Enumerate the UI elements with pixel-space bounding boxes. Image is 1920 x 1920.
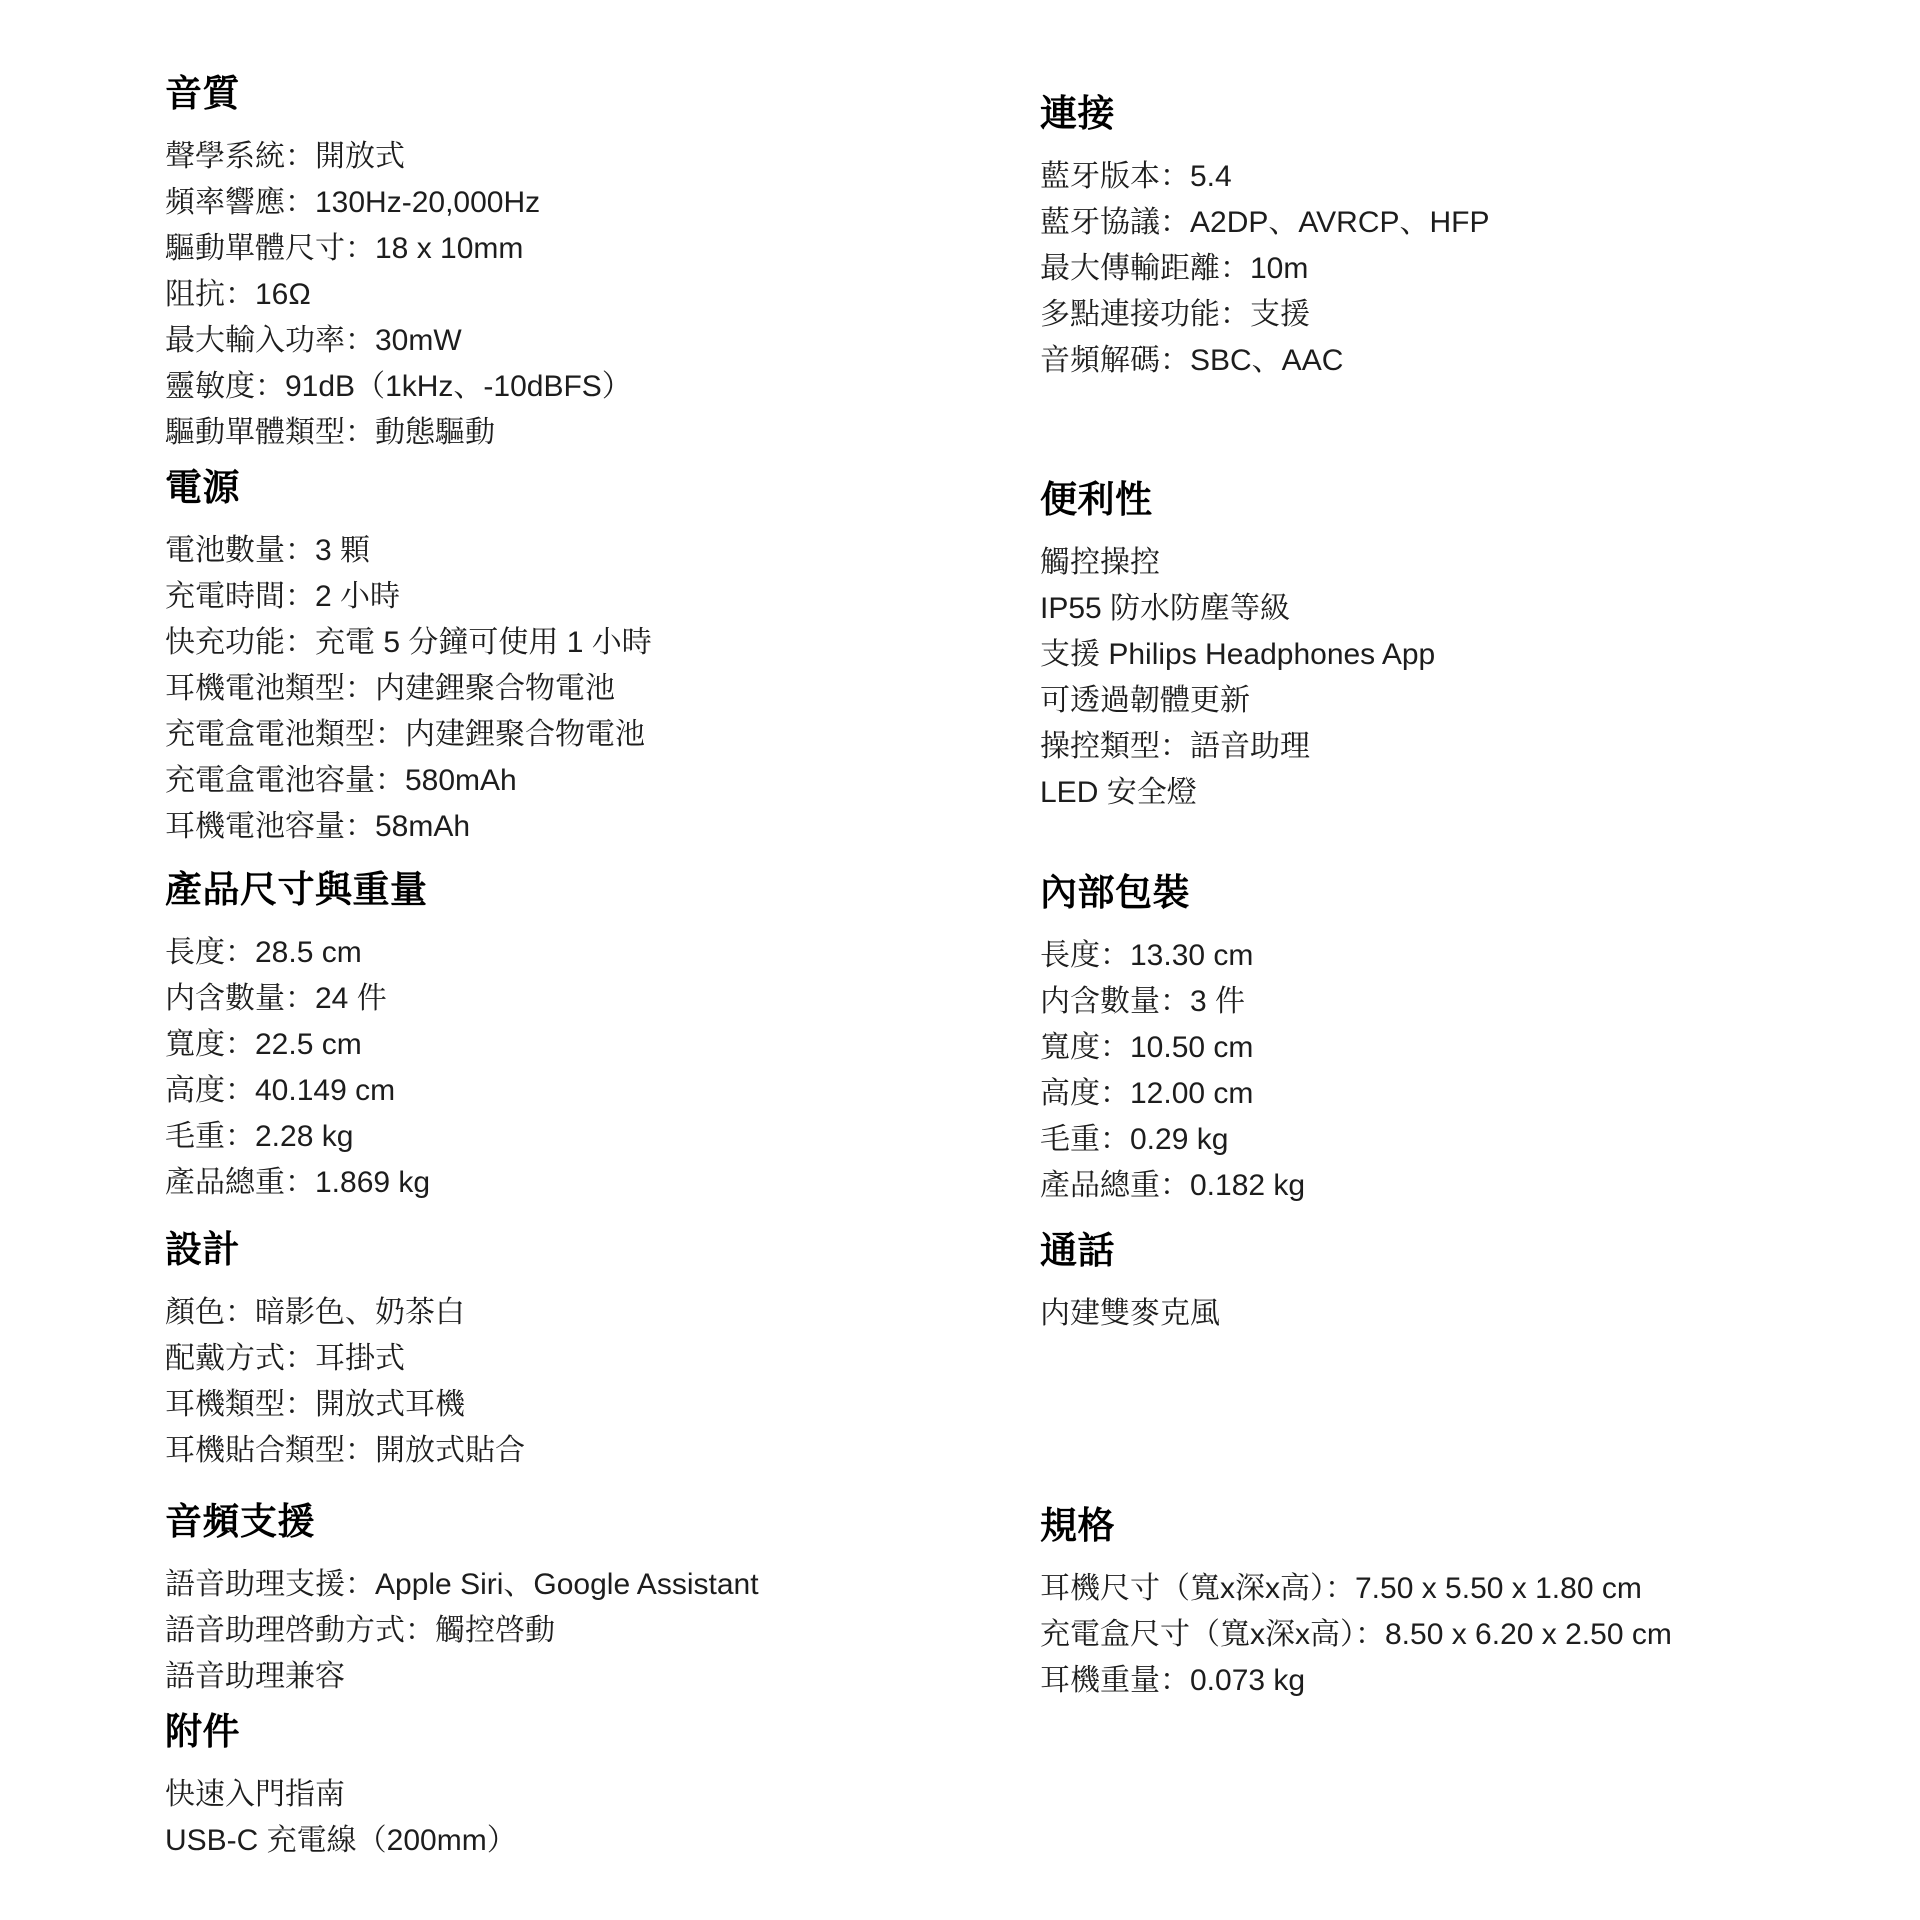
spec-line-quick-start-guide: 快速入門指南: [165, 1772, 905, 1818]
spec-line-frequency-response: 頻率響應：130Hz-20,000Hz: [165, 180, 905, 226]
section-lines: 觸控操控 IP55 防水防塵等級 支援 Philips Headphones A…: [1040, 540, 1860, 816]
spec-line-bluetooth-version: 藍牙版本：5.4: [1040, 154, 1860, 200]
section-lines: 藍牙版本：5.4 藍牙協議：A2DP、AVRCP、HFP 最大傳輸距離：10m …: [1040, 154, 1860, 384]
section-lines: 長度：13.30 cm 内含數量：3 件 寬度：10.50 cm 高度：12.0…: [1040, 933, 1860, 1209]
spec-line-control-type: 操控類型：語音助理: [1040, 724, 1860, 770]
section-accessories: 附件 快速入門指南 USB-C 充電線（200mm）: [165, 1710, 905, 1864]
section-design: 設計 顏色：暗影色、奶茶白 配戴方式：耳掛式 耳機類型：開放式耳機 耳機貼合類型…: [165, 1228, 905, 1474]
spec-line-width: 寬度：22.5 cm: [165, 1022, 905, 1068]
spec-line-fit-type: 耳機貼合類型：開放式貼合: [165, 1428, 905, 1474]
spec-line-earbud-weight: 耳機重量：0.073 kg: [1040, 1658, 1860, 1704]
section-convenience: 便利性 觸控操控 IP55 防水防塵等級 支援 Philips Headphon…: [1040, 478, 1860, 816]
spec-line-quick-charge: 快充功能：充電 5 分鐘可使用 1 小時: [165, 620, 905, 666]
spec-line-touch-control: 觸控操控: [1040, 540, 1860, 586]
spec-line-voice-assistant-support: 語音助理支援：Apple Siri、Google Assistant: [165, 1562, 905, 1608]
spec-line-usbc-cable: USB-C 充電線（200mm）: [165, 1818, 905, 1864]
section-lines: 長度：28.5 cm 内含數量：24 件 寬度：22.5 cm 高度：40.14…: [165, 930, 905, 1206]
spec-line-driver-type: 驅動單體類型：動態驅動: [165, 410, 905, 456]
spec-line-case-battery-capacity: 充電盒電池容量：580mAh: [165, 758, 905, 804]
spec-line-case-battery-type: 充電盒電池類型：内建鋰聚合物電池: [165, 712, 905, 758]
spec-line-pack-width: 寬度：10.50 cm: [1040, 1025, 1860, 1071]
spec-line-impedance: 阻抗：16Ω: [165, 272, 905, 318]
section-lines: 内建雙麥克風: [1040, 1291, 1860, 1337]
section-lines: 顏色：暗影色、奶茶白 配戴方式：耳掛式 耳機類型：開放式耳機 耳機貼合類型：開放…: [165, 1290, 905, 1474]
spec-line-earbud-battery-type: 耳機電池類型：内建鋰聚合物電池: [165, 666, 905, 712]
spec-line-pack-total-weight: 產品總重：0.182 kg: [1040, 1163, 1860, 1209]
spec-line-max-range: 最大傳輸距離：10m: [1040, 246, 1860, 292]
section-heading-calls: 通話: [1040, 1229, 1860, 1273]
spec-line-audio-codec: 音頻解碼：SBC、AAC: [1040, 338, 1860, 384]
spec-line-driver-size: 驅動單體尺寸：18 x 10mm: [165, 226, 905, 272]
section-heading-design: 設計: [165, 1228, 905, 1272]
section-lines: 語音助理支援：Apple Siri、Google Assistant 語音助理啓…: [165, 1562, 905, 1700]
spec-line-battery-count: 電池數量：3 顆: [165, 528, 905, 574]
spec-line-pack-gross-weight: 毛重：0.29 kg: [1040, 1117, 1860, 1163]
section-heading-dimensions-weight: 產品尺寸與重量: [165, 868, 905, 912]
spec-line-sensitivity: 靈敏度：91dB（1kHz、-10dBFS）: [165, 364, 905, 410]
spec-line-pack-length: 長度：13.30 cm: [1040, 933, 1860, 979]
spec-line-bluetooth-profiles: 藍牙協議：A2DP、AVRCP、HFP: [1040, 200, 1860, 246]
spec-line-earbud-dimensions: 耳機尺寸（寬x深x高）：7.50 x 5.50 x 1.80 cm: [1040, 1566, 1860, 1612]
section-lines: 聲學系統：開放式 頻率響應：130Hz-20,000Hz 驅動單體尺寸：18 x…: [165, 134, 905, 456]
section-audio-quality: 音質 聲學系統：開放式 頻率響應：130Hz-20,000Hz 驅動單體尺寸：1…: [165, 72, 905, 456]
spec-line-charge-time: 充電時間：2 小時: [165, 574, 905, 620]
spec-line-app-support: 支援 Philips Headphones App: [1040, 632, 1860, 678]
section-heading-inner-packaging: 內部包裝: [1040, 871, 1860, 915]
section-heading-convenience: 便利性: [1040, 478, 1860, 522]
section-lines: 電池數量：3 顆 充電時間：2 小時 快充功能：充電 5 分鐘可使用 1 小時 …: [165, 528, 905, 850]
left-column: 音質 聲學系統：開放式 頻率響應：130Hz-20,000Hz 驅動單體尺寸：1…: [165, 0, 905, 1864]
spec-line-voice-assistant-compatible: 語音助理兼容: [165, 1654, 905, 1700]
section-calls: 通話 内建雙麥克風: [1040, 1229, 1860, 1337]
spec-line-height: 高度：40.149 cm: [165, 1068, 905, 1114]
spec-line-acoustic-system: 聲學系統：開放式: [165, 134, 905, 180]
section-heading-power: 電源: [165, 466, 905, 510]
section-power: 電源 電池數量：3 顆 充電時間：2 小時 快充功能：充電 5 分鐘可使用 1 …: [165, 466, 905, 850]
spec-line-included-count: 内含數量：24 件: [165, 976, 905, 1022]
spec-line-ip-rating: IP55 防水防塵等級: [1040, 586, 1860, 632]
spec-line-max-input-power: 最大輸入功率：30mW: [165, 318, 905, 364]
spec-line-pack-included-count: 内含數量：3 件: [1040, 979, 1860, 1025]
section-heading-specifications: 規格: [1040, 1504, 1860, 1548]
section-heading-accessories: 附件: [165, 1710, 905, 1754]
spec-line-earbud-battery-capacity: 耳機電池容量：58mAh: [165, 804, 905, 850]
spec-line-dual-microphones: 内建雙麥克風: [1040, 1291, 1860, 1337]
spec-line-firmware-update: 可透過韌體更新: [1040, 678, 1860, 724]
spec-line-led-safety-light: LED 安全燈: [1040, 770, 1860, 816]
spec-line-color: 顏色：暗影色、奶茶白: [165, 1290, 905, 1336]
section-lines: 快速入門指南 USB-C 充電線（200mm）: [165, 1772, 905, 1864]
spec-line-case-dimensions: 充電盒尺寸（寬x深x高）：8.50 x 6.20 x 2.50 cm: [1040, 1612, 1860, 1658]
spec-line-wearing-style: 配戴方式：耳掛式: [165, 1336, 905, 1382]
spec-line-total-weight: 產品總重：1.869 kg: [165, 1160, 905, 1206]
spec-line-voice-assistant-activation: 語音助理啓動方式：觸控啓動: [165, 1608, 905, 1654]
section-specifications: 規格 耳機尺寸（寬x深x高）：7.50 x 5.50 x 1.80 cm 充電盒…: [1040, 1504, 1860, 1704]
spec-line-headphone-type: 耳機類型：開放式耳機: [165, 1382, 905, 1428]
section-lines: 耳機尺寸（寬x深x高）：7.50 x 5.50 x 1.80 cm 充電盒尺寸（…: [1040, 1566, 1860, 1704]
section-inner-packaging: 內部包裝 長度：13.30 cm 内含數量：3 件 寬度：10.50 cm 高度…: [1040, 871, 1860, 1209]
section-connectivity: 連接 藍牙版本：5.4 藍牙協議：A2DP、AVRCP、HFP 最大傳輸距離：1…: [1040, 92, 1860, 384]
spec-line-multipoint: 多點連接功能：支援: [1040, 292, 1860, 338]
spec-line-gross-weight: 毛重：2.28 kg: [165, 1114, 905, 1160]
spec-line-pack-height: 高度：12.00 cm: [1040, 1071, 1860, 1117]
spec-line-length: 長度：28.5 cm: [165, 930, 905, 976]
right-column: 連接 藍牙版本：5.4 藍牙協議：A2DP、AVRCP、HFP 最大傳輸距離：1…: [1040, 0, 1860, 1704]
section-heading-audio-quality: 音質: [165, 72, 905, 116]
spec-sheet-page: 音質 聲學系統：開放式 頻率響應：130Hz-20,000Hz 驅動單體尺寸：1…: [0, 0, 1920, 1920]
section-audio-support: 音頻支援 語音助理支援：Apple Siri、Google Assistant …: [165, 1500, 905, 1700]
section-dimensions-weight: 產品尺寸與重量 長度：28.5 cm 内含數量：24 件 寬度：22.5 cm …: [165, 868, 905, 1206]
section-heading-audio-support: 音頻支援: [165, 1500, 905, 1544]
section-heading-connectivity: 連接: [1040, 92, 1860, 136]
